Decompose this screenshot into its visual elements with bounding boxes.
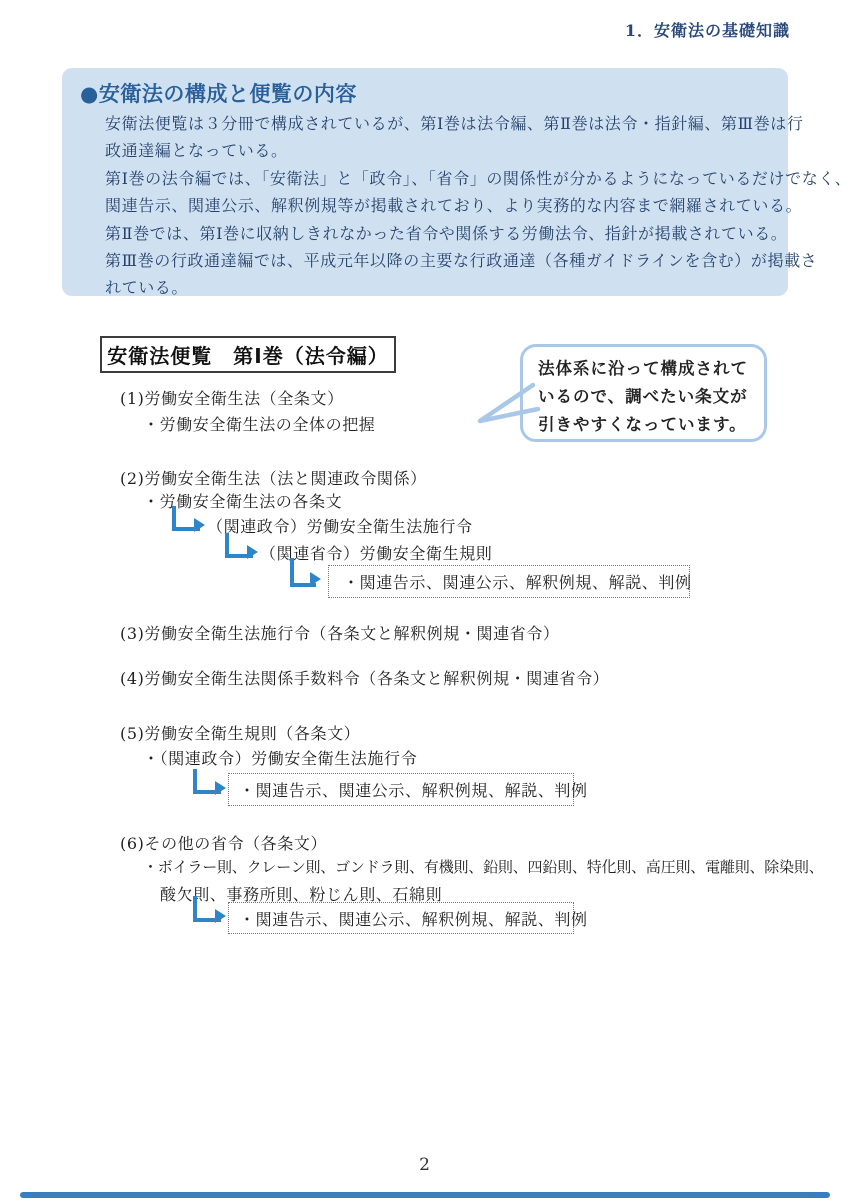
page-number: 2 [0, 1155, 849, 1175]
list-item-5-heading: (5)労働安全衛生規則（各条文） [120, 721, 360, 744]
callout-bubble: 法体系に沿って構成されて いるので、調べたい条文が 引きやすくなっています。 [520, 344, 767, 442]
elbow-arrowhead-icon [310, 572, 321, 586]
list-item-1-sub: ・労働安全衛生法の全体の把握 [143, 412, 375, 435]
list-item-6-sub-line1: ・ボイラー則、クレーン則、ゴンドラ則、有機則、鉛則、四鉛則、特化則、高圧則、電離… [143, 856, 824, 877]
footer-rule [20, 1192, 830, 1198]
list-item-1-heading: (1)労働安全衛生法（全条文） [120, 386, 344, 409]
related-materials-box: ・関連告示、関連公示、解釈例規、解説、判例 [328, 565, 690, 598]
list-item-4-heading: (4)労働安全衛生法関係手数料令（各条文と解釈例規・関連省令） [120, 666, 609, 689]
related-materials-box: ・関連告示、関連公示、解釈例規、解説、判例 [228, 773, 574, 806]
list-item-3-heading: (3)労働安全衛生法施行令（各条文と解釈例規・関連省令） [120, 621, 559, 644]
elbow-arrowhead-icon [247, 545, 258, 559]
related-materials-text: ・関連告示、関連公示、解釈例規、解説、判例 [329, 570, 692, 593]
document-page: 1．安衛法の基礎知識 ●安衛法の構成と便覧の内容 安衛法便覧は３分冊で構成されて… [0, 0, 849, 1200]
related-materials-box: ・関連告示、関連公示、解釈例規、解説、判例 [228, 902, 574, 934]
elbow-arrowhead-icon [194, 518, 205, 532]
info-box-title: ●安衛法の構成と便覧の内容 [80, 78, 357, 108]
callout-text: 法体系に沿って構成されて いるので、調べたい条文が 引きやすくなっています。 [538, 355, 748, 439]
callout-line: 引きやすくなっています。 [538, 411, 748, 439]
related-materials-text: ・関連告示、関連公示、解釈例規、解説、判例 [229, 778, 588, 801]
page-header: 1．安衛法の基礎知識 [625, 18, 790, 41]
callout-tail-icon [471, 377, 541, 437]
info-box-body: 安衛法便覧は３分冊で構成されているが、第Ⅰ巻は法令編、第Ⅱ巻は法令・指針編、第Ⅲ… [105, 110, 849, 302]
info-box-line: れている。 [105, 274, 849, 301]
info-box-line: 政通達編となっている。 [105, 137, 849, 164]
info-box-line: 安衛法便覧は３分冊で構成されているが、第Ⅰ巻は法令編、第Ⅱ巻は法令・指針編、第Ⅲ… [105, 110, 849, 137]
related-materials-text: ・関連告示、関連公示、解釈例規、解説、判例 [229, 907, 588, 930]
callout-line: いるので、調べたい条文が [538, 383, 748, 411]
info-box-line: 第Ⅰ巻の法令編では、「安衛法」と「政令」、「省令」の関係性が分かるようになってい… [105, 165, 849, 192]
list-item-6-heading: (6)その他の省令（各条文） [120, 831, 327, 854]
info-box-line: 第Ⅲ巻の行政通達編では、平成元年以降の主要な行政通達（各種ガイドラインを含む）が… [105, 247, 849, 274]
elbow-arrowhead-icon [215, 781, 226, 795]
callout-line: 法体系に沿って構成されて [538, 355, 748, 383]
list-item-2-heading: (2)労働安全衛生法（法と関連政令関係） [120, 466, 427, 489]
volume-title-box: 安衛法便覧 第Ⅰ巻（法令編） [100, 336, 396, 373]
info-box: ●安衛法の構成と便覧の内容 安衛法便覧は３分冊で構成されているが、第Ⅰ巻は法令編… [62, 68, 788, 296]
info-box-line: 第Ⅱ巻では、第Ⅰ巻に収納しきれなかった省令や関係する労働法令、指針が掲載されてい… [105, 220, 849, 247]
list-item-5-sub: ・（関連政令）労働安全衛生法施行令 [143, 746, 417, 769]
info-box-line: 関連告示、関連公示、解釈例規等が掲載されており、より実務的な内容まで網羅されてい… [105, 192, 849, 219]
elbow-arrowhead-icon [215, 909, 226, 923]
